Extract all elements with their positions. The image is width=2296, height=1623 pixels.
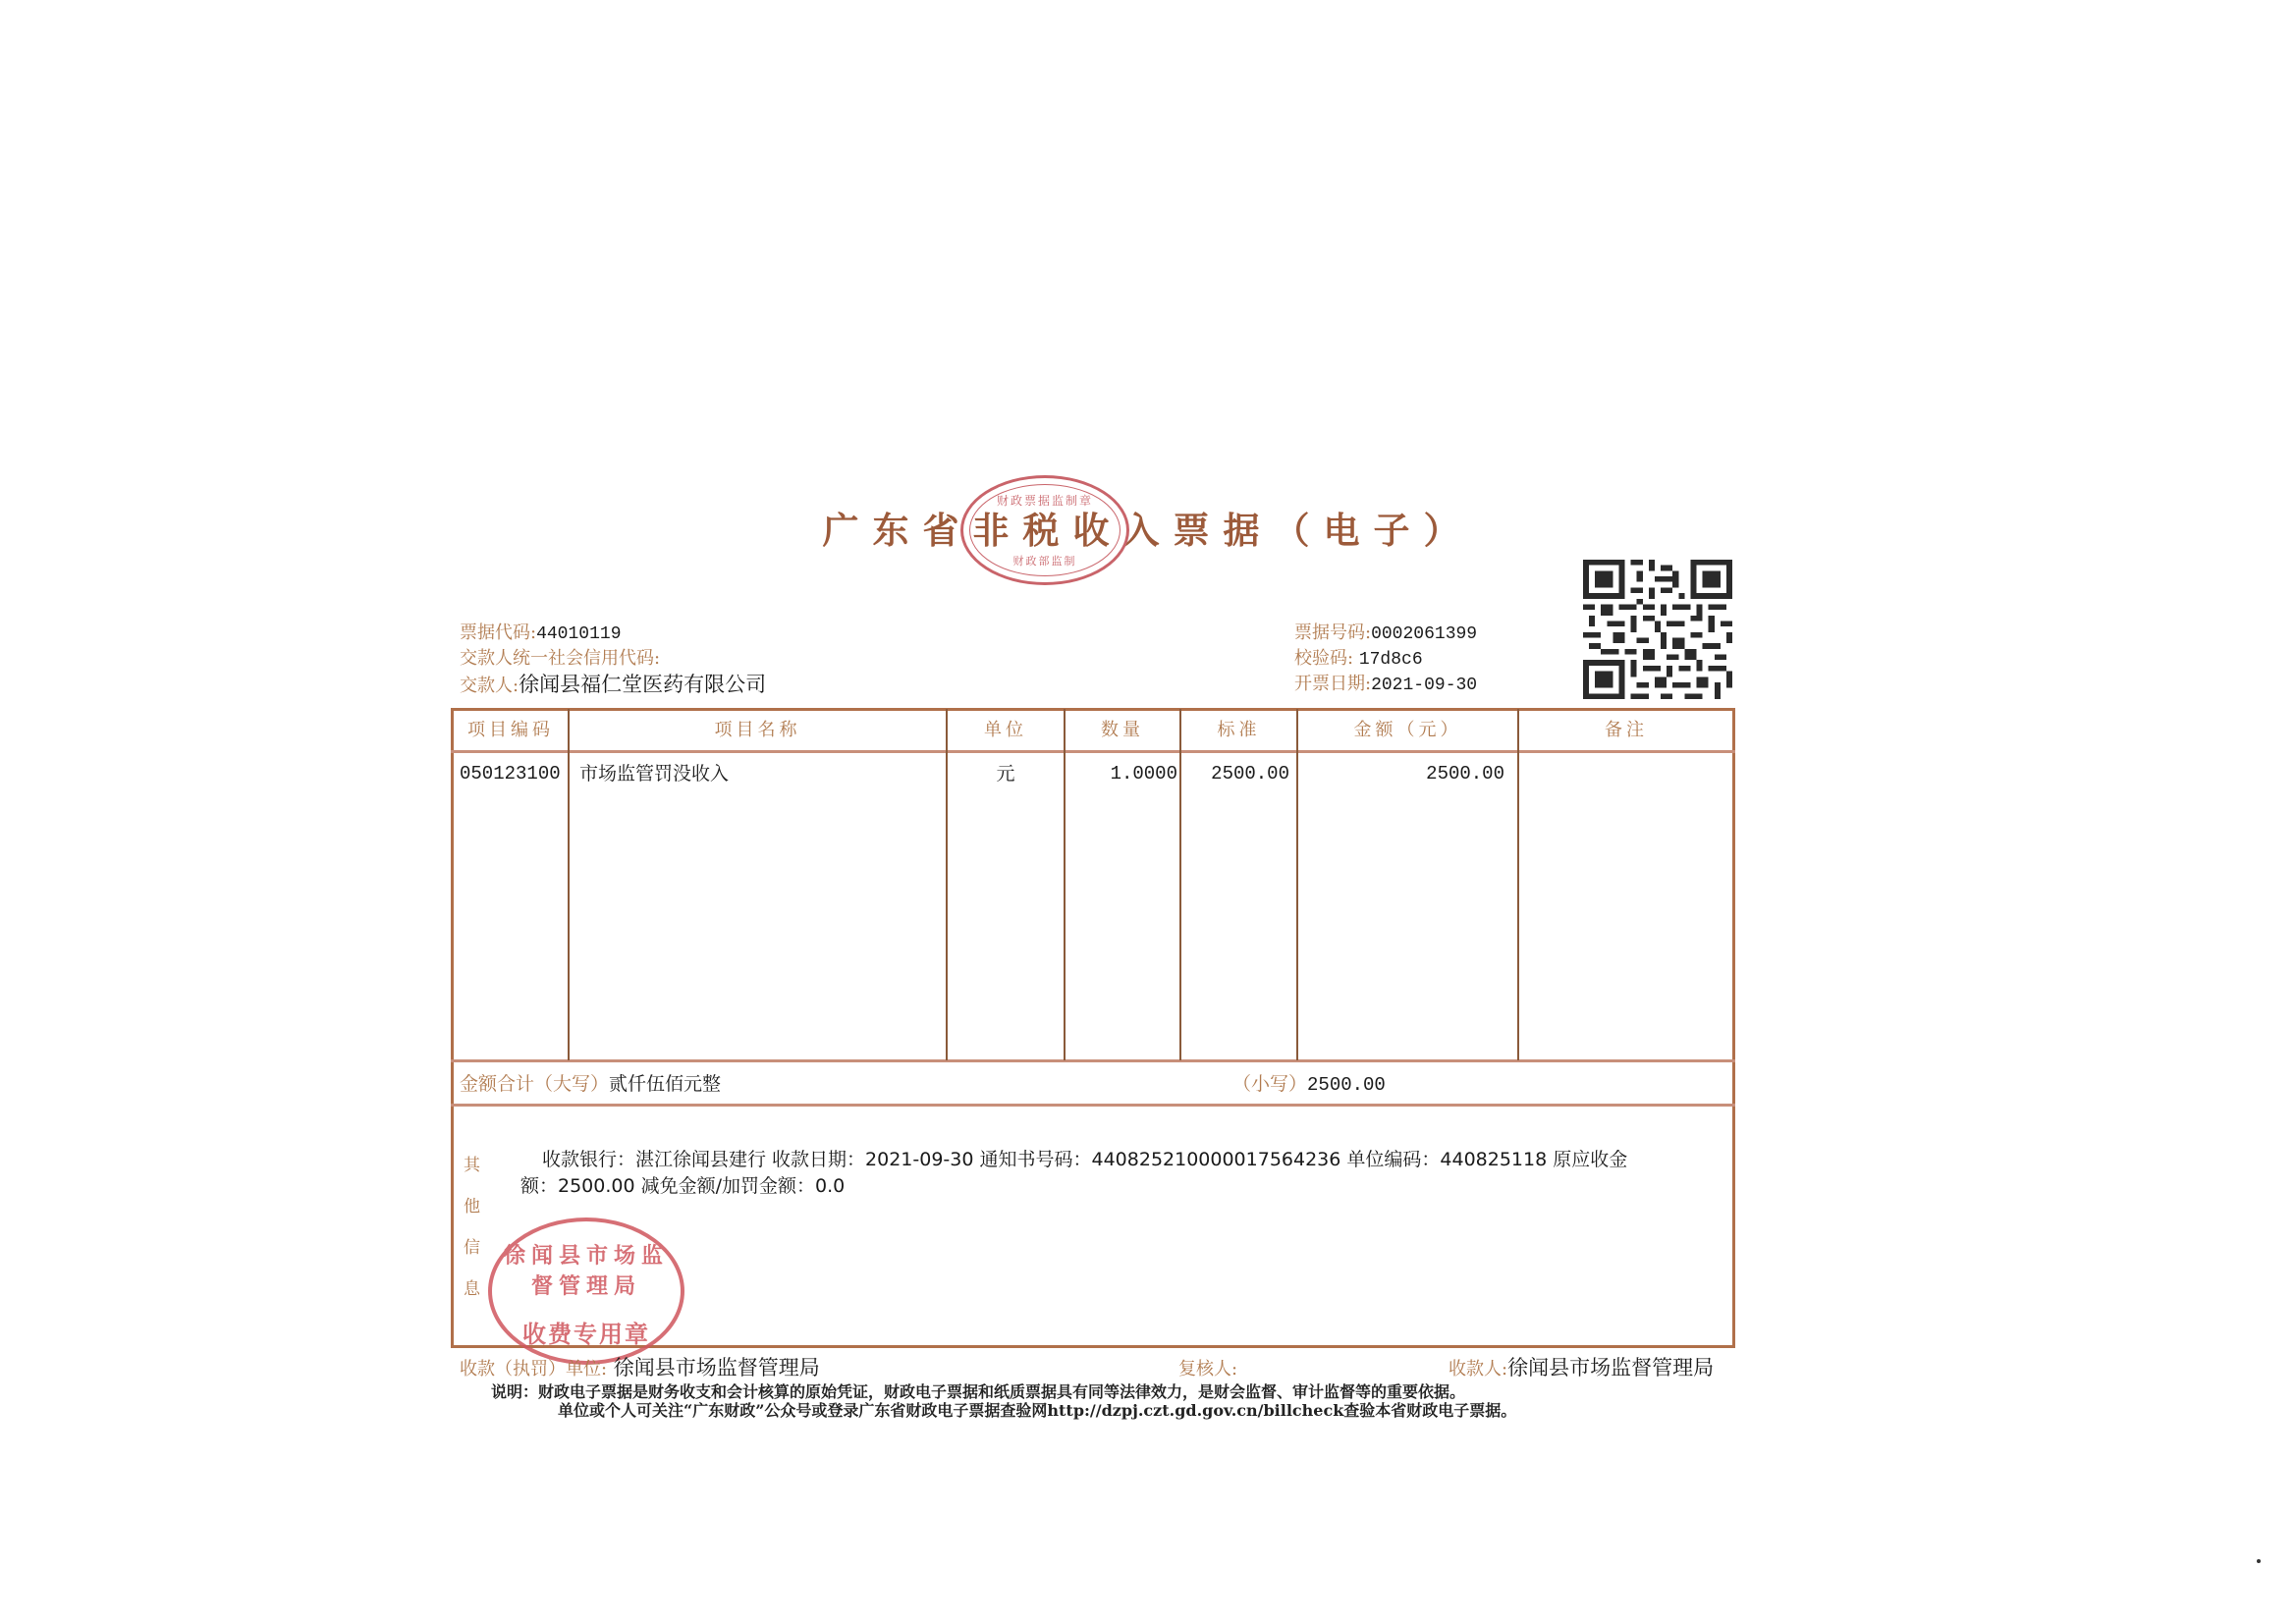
cell-unit: 元	[948, 758, 1064, 789]
check-code-row: 校验码: 17d8c6	[1294, 646, 1423, 673]
cell-name: 市场监管罚没收入	[579, 758, 943, 789]
payer-credit-code-row: 交款人统一社会信用代码:	[460, 646, 660, 673]
total-upper: 金额合计（大写）贰仟伍佰元整	[460, 1070, 721, 1098]
payer-row: 交款人:徐闻县福仁堂医药有限公司	[460, 672, 766, 699]
fee-stamp-bottom-text: 收费专用章	[492, 1315, 681, 1349]
notes: 说明：财政电子票据是财务收支和会计核算的原始凭证，财政电子票据和纸质票据具有同等…	[491, 1382, 1516, 1420]
header-row-divider	[451, 750, 1735, 753]
collector-unit-value: 徐闻县市场监督管理局	[614, 1356, 820, 1380]
check-code-label: 校验码:	[1294, 648, 1353, 669]
other-info-line-2: 额：2500.00 减免金额/加罚金额：0.0	[520, 1173, 1714, 1200]
total-upper-label: 金额合计（大写）	[460, 1073, 609, 1095]
totals-bottom-divider	[451, 1104, 1735, 1107]
other-info-label-2: 他	[464, 1192, 480, 1217]
supervision-seal-top-text: 财政票据监制章	[963, 492, 1126, 509]
bill-code-row: 票据代码:44010119	[460, 621, 622, 647]
total-lower-value: 2500.00	[1307, 1074, 1386, 1096]
supervision-seal-bottom-text: 财政部监制	[963, 553, 1126, 568]
payer-credit-code-label: 交款人统一社会信用代码:	[460, 648, 660, 669]
cell-code: 050123100	[460, 758, 568, 789]
payee-label: 收款人:	[1449, 1359, 1507, 1380]
column-header-quantity: 数量	[1066, 715, 1179, 746]
fee-stamp-arc-text: 徐闻县市场监督管理局	[492, 1239, 681, 1300]
notes-label: 说明：	[491, 1382, 538, 1401]
column-divider	[568, 709, 570, 1060]
other-info-label-3: 信	[464, 1233, 480, 1258]
other-info-label-1: 其	[464, 1151, 480, 1175]
total-lower-label: （小写）	[1232, 1073, 1307, 1095]
issue-date-value: 2021-09-30	[1371, 676, 1477, 695]
column-header-code: 项目编码	[454, 715, 568, 746]
notes-line-1: 财政电子票据是财务收支和会计核算的原始凭证，财政电子票据和纸质票据具有同等法律效…	[538, 1382, 1465, 1401]
collector-unit-label: 收款（执罚）单位:	[460, 1359, 607, 1380]
fee-stamp: 徐闻县市场监督管理局 收费专用章	[488, 1217, 684, 1365]
cell-remark	[1519, 758, 1725, 789]
payer-label: 交款人:	[460, 676, 519, 696]
other-info-text: 收款银行：湛江徐闻县建行 收款日期：2021-09-30 通知书号码：44082…	[520, 1147, 1714, 1200]
bill-number-label: 票据号码:	[1294, 622, 1371, 643]
cell-standard: 2500.00	[1181, 758, 1289, 789]
reviewer-row: 复核人:	[1178, 1354, 1237, 1383]
bill-code-label: 票据代码:	[460, 622, 536, 643]
total-lower: （小写）2500.00	[1232, 1070, 1386, 1099]
column-header-remark: 备注	[1519, 715, 1733, 746]
payee-value: 徐闻县市场监督管理局	[1507, 1356, 1714, 1380]
column-header-unit: 单位	[948, 715, 1064, 746]
other-info-label-4: 息	[464, 1274, 480, 1299]
scan-speck	[2257, 1559, 2261, 1563]
payer-value: 徐闻县福仁堂医药有限公司	[519, 673, 766, 696]
qr-code-icon	[1583, 560, 1732, 699]
payee-row: 收款人:徐闻县市场监督管理局	[1449, 1354, 1714, 1383]
bill-code-value: 44010119	[536, 624, 621, 644]
other-info-line-1: 收款银行：湛江徐闻县建行 收款日期：2021-09-30 通知书号码：44082…	[520, 1147, 1714, 1173]
issue-date-label: 开票日期:	[1294, 674, 1371, 694]
issue-date-row: 开票日期:2021-09-30	[1294, 672, 1477, 698]
supervision-seal: 财政票据监制章 财政部监制	[960, 475, 1129, 585]
bill-number-row: 票据号码:0002061399	[1294, 621, 1477, 647]
cell-quantity: 1.0000	[1066, 758, 1177, 789]
items-bottom-divider	[451, 1059, 1735, 1062]
collector-unit-row: 收款（执罚）单位: 徐闻县市场监督管理局	[460, 1354, 820, 1383]
notes-line-2: 单位或个人可关注“广东财政”公众号或登录广东省财政电子票据查验网http://d…	[491, 1401, 1516, 1420]
bill-number-value: 0002061399	[1371, 624, 1477, 644]
column-header-standard: 标准	[1181, 715, 1296, 746]
document-title: 广东省非税收入票据（电子）	[0, 501, 2296, 554]
column-header-amount: 金额（元）	[1298, 715, 1517, 746]
total-upper-value: 贰仟伍佰元整	[609, 1073, 721, 1095]
column-header-name: 项目名称	[570, 715, 946, 746]
reviewer-label: 复核人:	[1178, 1359, 1237, 1380]
cell-amount: 2500.00	[1298, 758, 1504, 789]
check-code-value: 17d8c6	[1359, 650, 1423, 670]
